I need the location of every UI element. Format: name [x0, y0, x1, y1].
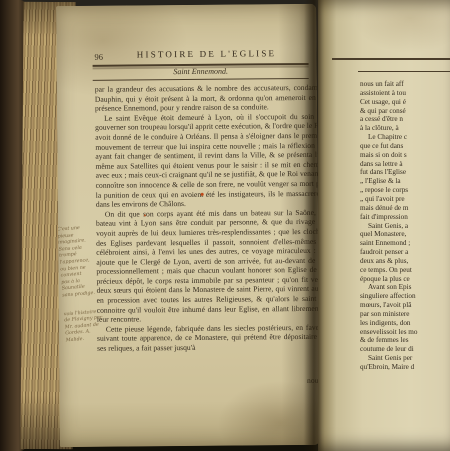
ink-speck	[201, 193, 204, 196]
text-line: ensevelissoit les mo	[360, 328, 450, 337]
text-line: nous un fait aff	[360, 80, 450, 89]
running-title: HISTOIRE DE L'EGLISE	[108, 48, 304, 60]
text-line: saint Ennemond ;	[360, 239, 450, 248]
text-line: époque la plus ce	[360, 275, 450, 284]
text-line: singuliere affection	[360, 292, 450, 301]
text-line: On dit que son corps ayant été mis dans …	[96, 208, 320, 325]
text-line: deux ans & plus,	[360, 257, 450, 266]
text-line: „ repose le corps	[360, 186, 450, 195]
catchword: nous	[259, 376, 320, 386]
page-number: 96	[94, 52, 103, 62]
text-line: „ qui l'avoit pre	[360, 195, 450, 204]
text-line: Cette pieuse légende, fabriquée dans les…	[97, 323, 320, 354]
text-line: Le saint Evêque étoit demeuré à Lyon, où…	[95, 112, 320, 210]
text-line: assistoient à tou	[360, 89, 450, 98]
text-line: Cet usage, qui é	[360, 98, 450, 107]
marginalia-reference: vois l'histoirede Flavigny parMr. audant…	[64, 309, 106, 345]
text-line: quel Monastere,	[360, 230, 450, 239]
text-line: dans sa lettre à	[360, 160, 450, 169]
text-line: mais dénué de m	[360, 204, 450, 213]
body-text: par la grandeur des accusations & le nom…	[95, 83, 320, 354]
text-line: à la clôture, à	[360, 124, 450, 133]
text-line: mœurs, l'avoit plâ	[360, 301, 450, 310]
text-line: coutume de leur di	[360, 345, 450, 354]
ink-speck	[144, 214, 146, 216]
right-header-rule-top	[332, 58, 450, 60]
text-line: fait d'impression	[360, 213, 450, 222]
left-page: 96 HISTOIRE DE L'EGLISE Saint Ennemond. …	[56, 4, 320, 447]
right-body-text: nous un fait affassistoient à touCet usa…	[360, 80, 450, 372]
text-line: par son ministere	[360, 310, 450, 319]
text-line: que ce fut dans	[360, 142, 450, 151]
right-header-rule-bottom	[358, 71, 450, 72]
section-title: Saint Ennemond.	[93, 66, 309, 77]
text-line: a cessé d'être n	[360, 115, 450, 124]
text-line: ce temps. On peut	[360, 266, 450, 275]
text-line: Saint Genis, a	[360, 222, 450, 231]
text-line: Avant son Epis	[360, 283, 450, 292]
text-line: faudroit penser a	[360, 248, 450, 257]
text-line: qu'Ebroin, Maire d	[360, 363, 450, 372]
text-line: & qui par consé	[360, 107, 450, 116]
book-photo: 96 HISTOIRE DE L'EGLISE Saint Ennemond. …	[0, 0, 450, 451]
header-rule-bottom	[93, 78, 309, 81]
text-line: les indigents, don	[360, 319, 450, 328]
text-line: fut dans l'Eglise	[360, 168, 450, 177]
text-line: Le Chapitre c	[360, 133, 450, 142]
marginalia-note: C'est une pieuseimaginaire. Sans celatro…	[57, 225, 103, 300]
text-line: & de femmes les	[360, 336, 450, 345]
text-line: Saint Genis per	[360, 354, 450, 363]
right-page: nous un fait affassistoient à touCet usa…	[318, 0, 450, 451]
text-line: par la grandeur des accusations & le nom…	[95, 83, 320, 114]
text-line: mais si on doit s	[360, 151, 450, 160]
text-line: „ l'Eglise & la	[360, 177, 450, 186]
